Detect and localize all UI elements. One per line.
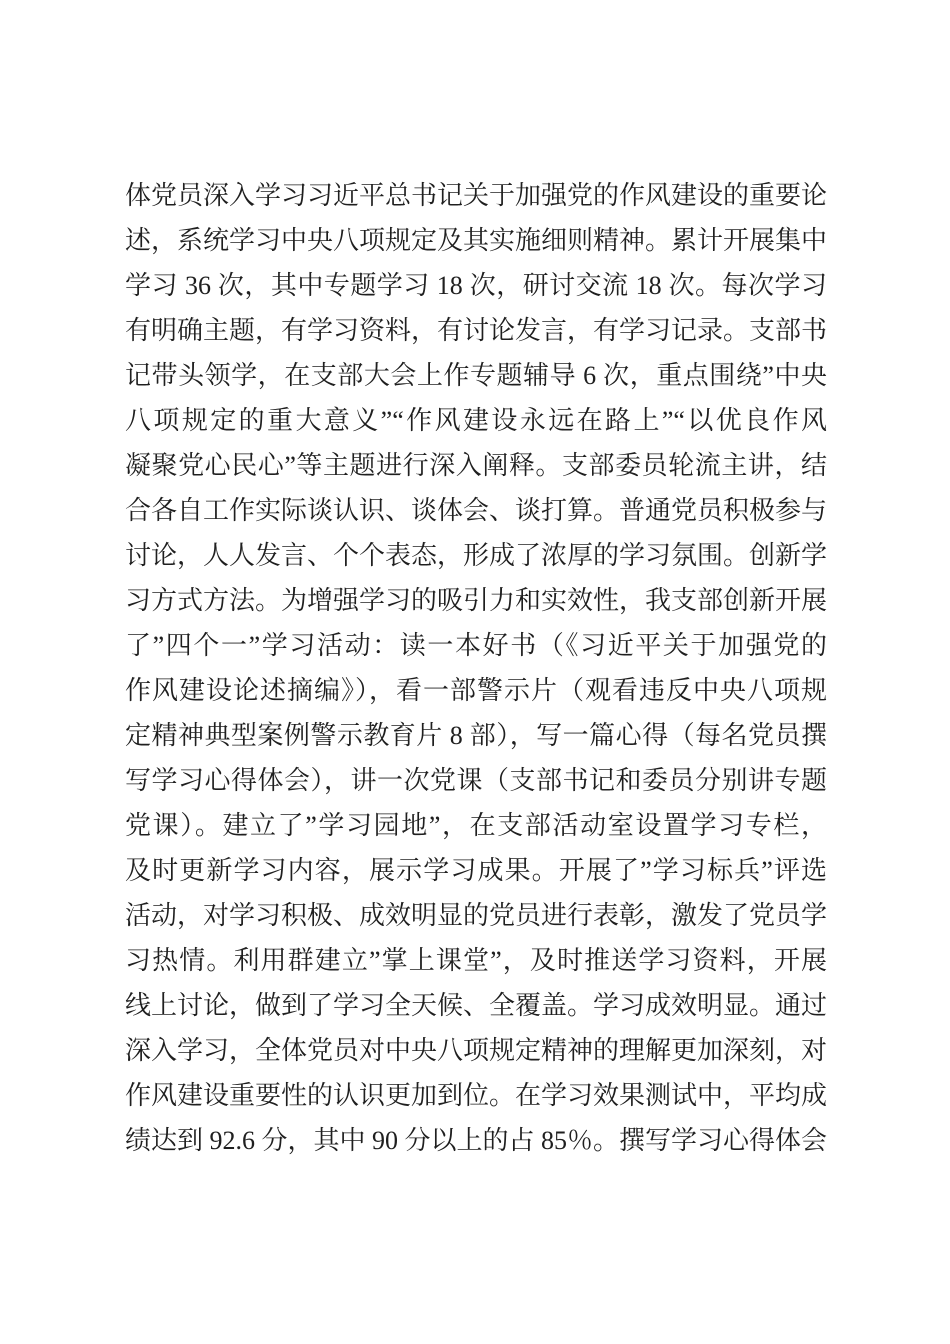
text-line: 述，系统学习中央八项规定及其实施细则精神。累计开展集中 (125, 218, 827, 263)
text-line: 合各自工作实际谈认识、谈体会、谈打算。普通党员积极参与 (125, 488, 827, 533)
text-line: 作风建设重要性的认识更加到位。在学习效果测试中，平均成 (125, 1073, 827, 1118)
text-line: 写学习心得体会），讲一次党课（支部书记和委员分别讲专题 (125, 758, 827, 803)
text-line: 绩达到 92.6 分，其中 90 分以上的占 85％。撰写学习心得体会 (125, 1118, 827, 1163)
text-line: 讨论，人人发言、个个表态，形成了浓厚的学习氛围。创新学 (125, 533, 827, 578)
text-line: 凝聚党心民心”等主题进行深入阐释。支部委员轮流主讲，结 (125, 443, 827, 488)
text-line: 作风建设论述摘编》），看一部警示片（观看违反中央八项规 (125, 668, 827, 713)
text-line: 体党员深入学习习近平总书记关于加强党的作风建设的重要论 (125, 173, 827, 218)
document-page: 体党员深入学习习近平总书记关于加强党的作风建设的重要论 述，系统学习中央八项规定… (0, 0, 950, 1344)
text-line: 定精神典型案例警示教育片 8 部），写一篇心得（每名党员撰 (125, 713, 827, 758)
text-line: 活动，对学习积极、成效明显的党员进行表彰，激发了党员学 (125, 893, 827, 938)
text-line: 习热情。利用群建立”掌上课堂”，及时推送学习资料，开展 (125, 938, 827, 983)
text-line: 深入学习，全体党员对中央八项规定精神的理解更加深刻，对 (125, 1028, 827, 1073)
text-line: 记带头领学，在支部大会上作专题辅导 6 次，重点围绕”中央 (125, 353, 827, 398)
text-line: 习方式方法。为增强学习的吸引力和实效性，我支部创新开展 (125, 578, 827, 623)
text-line: 了”四个一”学习活动：读一本好书（《习近平关于加强党的 (125, 623, 827, 668)
text-line: 及时更新学习内容，展示学习成果。开展了”学习标兵”评选 (125, 848, 827, 893)
text-line: 八项规定的重大意义”“作风建设永远在路上”“以优良作风 (125, 398, 827, 443)
text-line: 有明确主题，有学习资料，有讨论发言，有学习记录。支部书 (125, 308, 827, 353)
text-line: 线上讨论，做到了学习全天候、全覆盖。学习成效明显。通过 (125, 983, 827, 1028)
text-line: 党课）。建立了”学习园地”，在支部活动室设置学习专栏， (125, 803, 827, 848)
paragraph-block: 体党员深入学习习近平总书记关于加强党的作风建设的重要论 述，系统学习中央八项规定… (125, 173, 827, 1163)
text-line: 学习 36 次，其中专题学习 18 次，研讨交流 18 次。每次学习都 (125, 263, 827, 308)
